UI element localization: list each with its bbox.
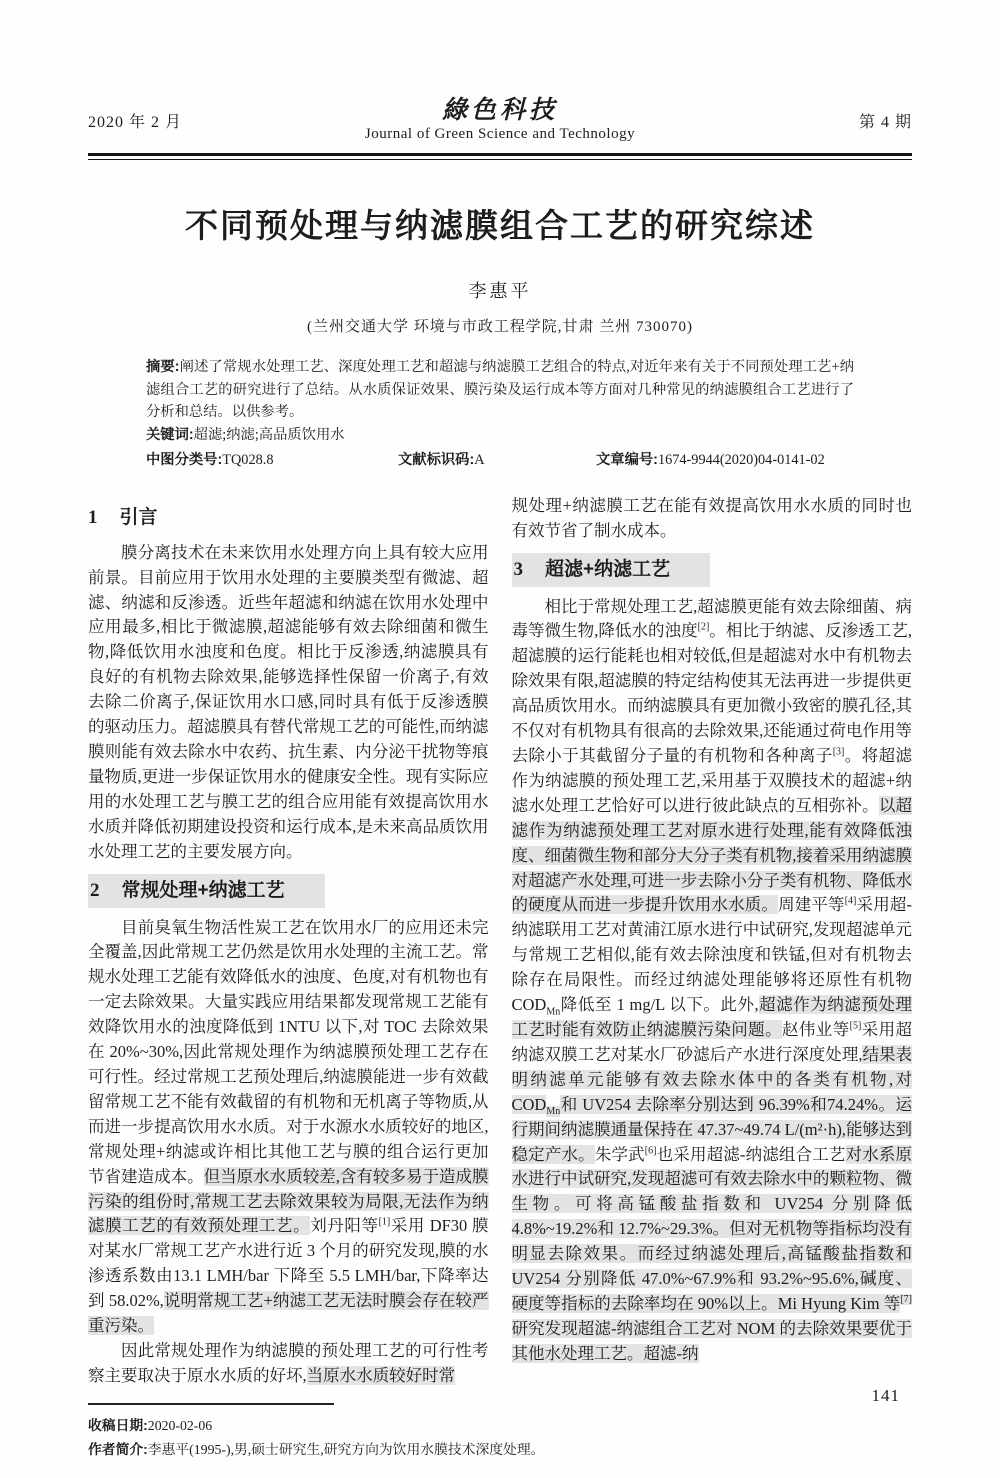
abstract-text: 阐述了常规水处理工艺、深度处理工艺和超滤与纳滤膜工艺组合的特点,对近年来有关于不… [146, 359, 854, 420]
abstract: 摘要:阐述了常规水处理工艺、深度处理工艺和超滤与纳滤膜工艺组合的特点,对近年来有… [146, 356, 854, 424]
reference-mark: [4] [845, 896, 857, 907]
keywords-label: 关键词: [146, 427, 194, 443]
reference-mark: [5] [850, 1020, 862, 1031]
left-column: 1引言膜分离技术在未来饮用水处理方向上具有较大应用前景。目前应用于饮用水处理的主… [88, 494, 489, 1389]
text-segment: 膜分离技术在未来饮用水处理方向上具有较大应用前景。目前应用于饮用水处理的主要膜类… [88, 543, 489, 861]
text-segment: 朱学武 [595, 1145, 645, 1164]
reference-mark: [3] [833, 747, 845, 758]
abstract-label: 摘要: [146, 359, 180, 375]
clc-number: 中图分类号:TQ028.8 [146, 449, 398, 472]
page-header: 2020 年 2 月 綠色科技 Journal of Green Science… [88, 98, 912, 143]
journal-page: 2020 年 2 月 綠色科技 Journal of Green Science… [0, 0, 1000, 1478]
text-segment: 降低至 1 mg/L 以下。此外, [560, 995, 758, 1014]
text-segment: 对水系原水进行中试研究,发现超滤可有效去除水中的颗粒物、微生物。可将高锰酸盐指数… [512, 1145, 913, 1313]
footnote: 收稿日期:2020-02-06 作者简介:李惠平(1995-),男,硕士研究生,… [88, 1403, 912, 1462]
reference-mark: Mn [546, 1106, 560, 1117]
header-date: 2020 年 2 月 [88, 109, 258, 132]
text-segment: 。相比于纳滤、反渗透工艺,超滤膜的运行能耗也相对较低,但是超滤对水中有机物去除效… [512, 621, 913, 765]
paragraph: 目前臭氧生物活性炭工艺在饮用水厂的应用还未完全覆盖,因此常规工艺仍然是饮用水处理… [88, 916, 489, 1339]
article-author: 李惠平 [88, 277, 912, 303]
journal-masthead: 綠色科技 Journal of Green Science and Techno… [258, 98, 742, 143]
text-segment: 刘丹阳等 [310, 1216, 378, 1235]
document-code: 文献标识码:A [398, 449, 596, 472]
section-heading: 2常规处理+纳滤工艺 [88, 874, 489, 908]
article-id: 文章编号:1674-9944(2020)04-0141-02 [596, 449, 825, 472]
reference-mark: [1] [379, 1217, 391, 1228]
text-segment: 赵伟业等 [782, 1020, 850, 1039]
text-segment: 周建平等 [778, 895, 845, 914]
section-title: 引言 [120, 507, 158, 528]
reference-mark: Mn [546, 1006, 560, 1017]
header-rule [88, 153, 912, 160]
section-number: 3 [514, 555, 524, 585]
article-meta: 摘要:阐述了常规水处理工艺、深度处理工艺和超滤与纳滤膜工艺组合的特点,对近年来有… [146, 356, 854, 472]
article-title: 不同预处理与纳滤膜组合工艺的研究综述 [88, 200, 912, 247]
journal-name-en: Journal of Green Science and Technology [258, 126, 742, 143]
author-bio-line: 作者简介:李惠平(1995-),男,硕士研究生,研究方向为饮用水膜技术深度处理。 [88, 1438, 912, 1462]
text-segment: 研究发现超滤-纳滤组合工艺对 NOM 的去除效果要优于其他水处理工艺。超滤-纳 [512, 1319, 913, 1363]
section-title: 超滤+纳滤工艺 [545, 559, 670, 580]
body-columns: 1引言膜分离技术在未来饮用水处理方向上具有较大应用前景。目前应用于饮用水处理的主… [88, 494, 912, 1389]
reference-mark: [7] [900, 1294, 912, 1305]
section-number: 1 [88, 503, 98, 533]
reference-mark: [2] [698, 622, 710, 633]
section-title: 常规处理+纳滤工艺 [122, 880, 285, 901]
paragraph: 规处理+纳滤膜工艺在能有效提高饮用水水质的同时也有效节省了制水成本。 [512, 494, 913, 544]
article-affiliation: (兰州交通大学 环境与市政工程学院,甘肃 兰州 730070) [88, 315, 912, 336]
keywords: 关键词:超滤;纳滤;高品质饮用水 [146, 424, 854, 447]
reference-mark: [6] [645, 1145, 657, 1156]
text-segment: 规处理+纳滤膜工艺在能有效提高饮用水水质的同时也有效节省了制水成本。 [512, 496, 913, 540]
text-segment: 也采用超滤-纳滤组合工艺 [656, 1145, 845, 1164]
received-date-line: 收稿日期:2020-02-06 [88, 1414, 912, 1438]
right-column: 规处理+纳滤膜工艺在能有效提高饮用水水质的同时也有效节省了制水成本。3超滤+纳滤… [512, 494, 913, 1389]
journal-name-cn: 綠色科技 [258, 98, 742, 124]
section-number: 2 [90, 876, 100, 906]
paragraph: 膜分离技术在未来饮用水处理方向上具有较大应用前景。目前应用于饮用水处理的主要膜类… [88, 541, 489, 865]
classification-row: 中图分类号:TQ028.8 文献标识码:A 文章编号:1674-9944(202… [146, 449, 854, 472]
footnote-rule [88, 1403, 334, 1405]
paragraph: 相比于常规处理工艺,超滤膜更能有效去除细菌、病毒等微生物,降低水的浊度[2]。相… [512, 595, 913, 1367]
section-heading: 1引言 [88, 503, 489, 533]
page-number: 141 [872, 1386, 901, 1406]
header-issue: 第 4 期 [742, 109, 912, 132]
text-segment: 当原水水质较好时常 [307, 1366, 456, 1385]
text-segment: 目前臭氧生物活性炭工艺在饮用水厂的应用还未完全覆盖,因此常规工艺仍然是饮用水处理… [88, 918, 489, 1186]
keywords-text: 超滤;纳滤;高品质饮用水 [194, 427, 345, 443]
paragraph: 因此常规处理作为纳滤膜的预处理工艺的可行性考察主要取决于原水水质的好坏,当原水水… [88, 1339, 489, 1389]
section-heading: 3超滤+纳滤工艺 [512, 553, 913, 587]
